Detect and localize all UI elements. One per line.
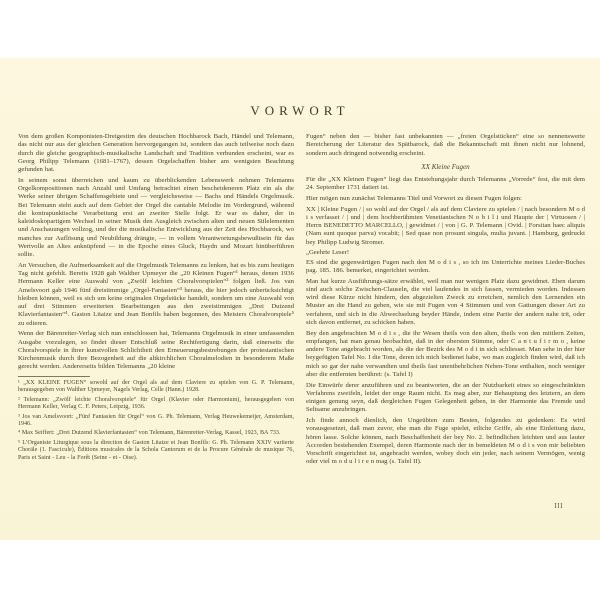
paragraph: Fugen“ neben den — bisher fast unbekannt…	[306, 133, 585, 158]
paragraph: Die Einwürfe derer anzuführen und zu bea…	[306, 382, 585, 415]
paragraph: An Versuchen, die Aufmerksamkeit auf die…	[18, 262, 294, 328]
paragraph: In seinem sonst überreichen und kaum zu …	[18, 177, 294, 260]
footnote: ¹ „XX KLEINE FUGEN“ sowohl auf der Orgel…	[18, 380, 294, 395]
page-title: VORWORT	[0, 103, 600, 119]
page-number: III	[554, 502, 563, 510]
book-page: VORWORT Von dem großen Komponisten-Dreig…	[0, 58, 600, 540]
section-heading: XX Kleine Fugen	[306, 163, 585, 171]
paragraph: Von dem großen Komponisten-Dreigestirn d…	[18, 133, 294, 174]
footnote: ⁴ Max Seiffert: „Drei Dutzend Klavierfan…	[18, 430, 294, 437]
salutation: „Geehrte Leser!	[306, 249, 585, 257]
paragraph: Für die „XX Kleinen Fugen“ liegt das Ent…	[306, 176, 585, 193]
paragraph: Jch finde annoch dienlich, den Ungeübten…	[306, 417, 585, 467]
footnote: ⁵ L’Organiste Liturgique sous la directi…	[18, 440, 294, 462]
paragraph: Bey den angebrachten M o d i s , die ihr…	[306, 330, 585, 380]
footnote: ³ Jos van Amelsvoort: „Fünf Fantasien fü…	[18, 414, 294, 429]
footnote-separator-rule	[18, 376, 90, 377]
right-column: Fugen“ neben den — bisher fast unbekannt…	[306, 133, 585, 469]
paragraph: Man hat kurze Ausführungs-sätze erwählet…	[306, 278, 585, 328]
paragraph: ES sind die gegenwärtigen Fugen nach den…	[306, 259, 585, 276]
paragraph: Wenn der Bärenreiter-Verlag sich nun ent…	[18, 330, 294, 371]
text-columns: Von dem großen Komponisten-Dreigestirn d…	[0, 119, 600, 469]
title-transcription: XX | Kleine Fugen / | so wohl auf der Or…	[306, 206, 585, 247]
footnote: ² Telemann: „Zwölf leichte Choralvorspie…	[18, 397, 294, 412]
left-column: Von dem großen Komponisten-Dreigestirn d…	[18, 133, 294, 469]
paragraph: Hier mögen nun zunächst Telemanns Titel …	[306, 195, 585, 203]
